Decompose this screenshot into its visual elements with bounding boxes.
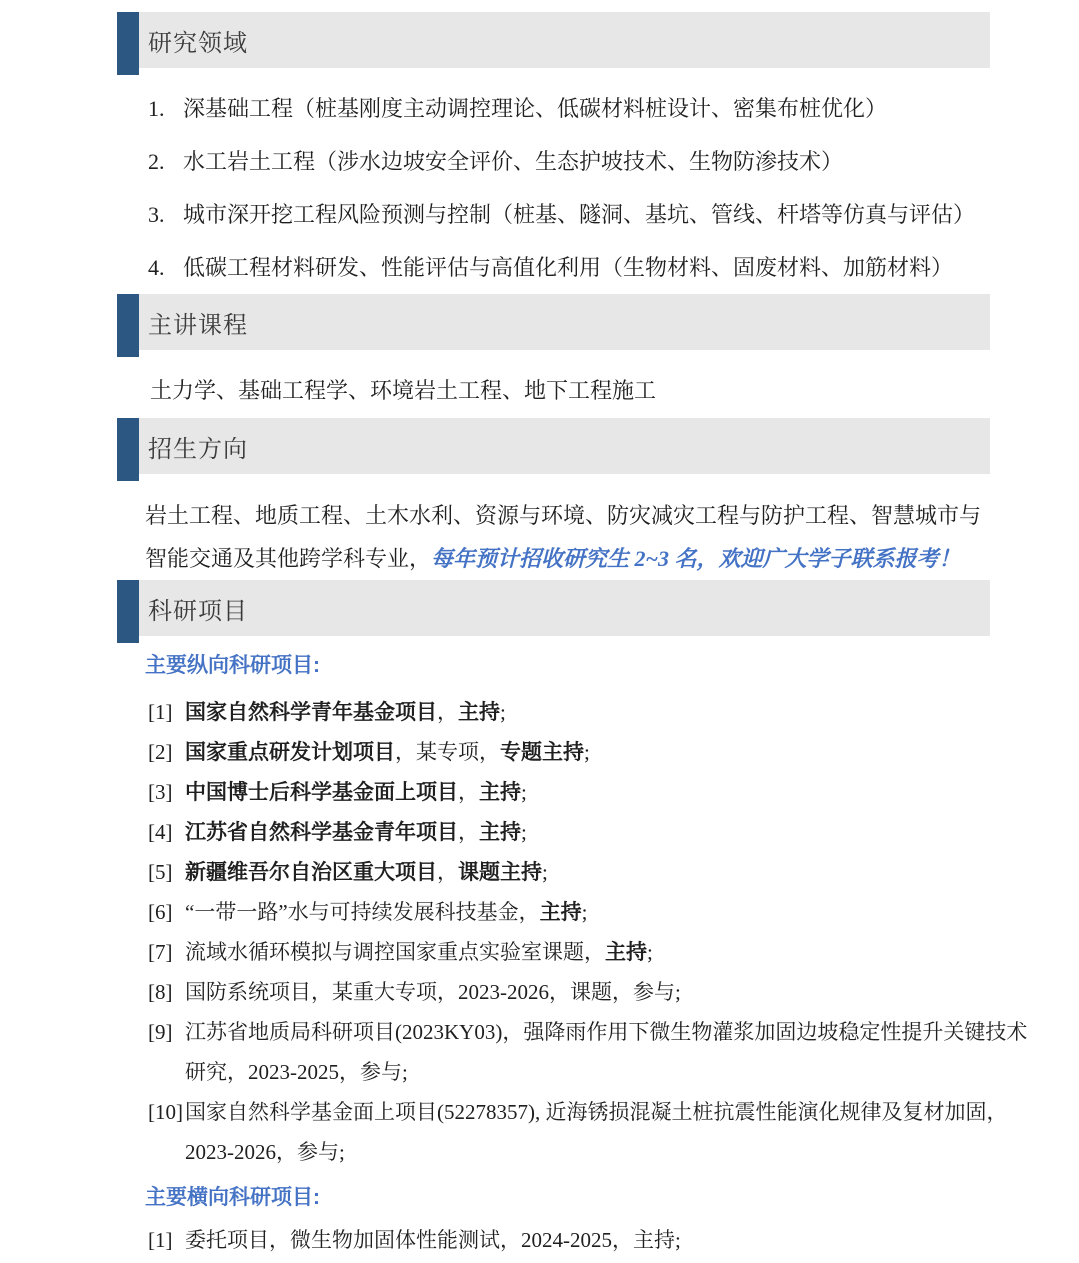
section-projects: 科研项目 主要纵向科研项目: [1]国家自然科学青年基金项目，主持;[2]国家重… [117, 580, 1079, 1260]
list-item-text: 水工岩土工程（涉水边坡安全评价、生态护坡技术、生物防渗技术） [183, 147, 843, 176]
list-item: [4]江苏省自然科学基金青年项目，主持; [148, 812, 1032, 852]
text-segment: ，某专项， [395, 740, 500, 764]
section-courses: 主讲课程 土力学、基础工程学、环境岩土工程、地下工程施工 [117, 294, 1079, 406]
list-item-number: 3. [148, 200, 183, 229]
section-title-admissions: 招生方向 [148, 429, 248, 464]
admissions-highlight-text: 每年预计招收研究生 2~3 名，欢迎广大学子联系报考！ [431, 546, 961, 571]
text-segment: ; [582, 900, 588, 924]
text-segment: ; [542, 860, 548, 884]
text-segment: ， [458, 780, 479, 804]
section-title-projects: 科研项目 [148, 591, 248, 626]
list-item: 2.水工岩土工程（涉水边坡安全评价、生态护坡技术、生物防渗技术） [148, 147, 1048, 176]
list-item: [7]流域水循环模拟与调控国家重点实验室课题，主持; [148, 932, 1032, 972]
section-research-areas: 研究领域 1.深基础工程（桩基刚度主动调控理论、低碳材料桩设计、密集布桩优化）2… [117, 12, 1079, 282]
list-item-text: 江苏省自然科学基金青年项目，主持; [185, 812, 1032, 852]
text-segment: 委托项目，微生物加固体性能测试，2024-2025，主持; [185, 1228, 681, 1252]
text-segment: ; [521, 780, 527, 804]
list-item: [1]国家自然科学青年基金项目，主持; [148, 692, 1032, 732]
list-item-text: 深基础工程（桩基刚度主动调控理论、低碳材料桩设计、密集布桩优化） [183, 94, 887, 123]
text-segment: ; [521, 820, 527, 844]
list-item-text: 流域水循环模拟与调控国家重点实验室课题，主持; [185, 932, 1032, 972]
admissions-text-line1: 岩土工程、地质工程、土木水利、资源与环境、防灾减灾工程与防护工程、智慧城市与 [145, 503, 981, 528]
list-item: [10]国家自然科学基金面上项目(52278357), 近海锈损混凝土桩抗震性能… [148, 1092, 1032, 1172]
list-item-text: 委托项目，微生物加固体性能测试，2024-2025，主持; [185, 1220, 1032, 1260]
text-segment: ， [437, 700, 458, 724]
text-segment-bold: 主持 [479, 820, 521, 844]
list-item-number: [4] [148, 812, 185, 852]
section-marker-icon [117, 12, 139, 75]
list-item: [3]中国博士后科学基金面上项目，主持; [148, 772, 1032, 812]
admissions-text: 岩土工程、地质工程、土木水利、资源与环境、防灾减灾工程与防护工程、智慧城市与智能… [145, 494, 1057, 580]
text-segment: 江苏省地质局科研项目(2023KY03)，强降雨作用下微生物灌浆加固边坡稳定性提… [185, 1020, 1027, 1084]
list-item: 3.城市深开挖工程风险预测与控制（桩基、隧洞、基坑、管线、杆塔等仿真与评估） [148, 200, 1048, 229]
list-item-number: [7] [148, 932, 185, 972]
text-segment-bold: 中国博士后科学基金面上项目 [185, 780, 458, 804]
section-marker-icon [117, 418, 139, 481]
section-header-research-areas: 研究领域 [117, 12, 990, 68]
list-item: [6]“一带一路”水与可持续发展科技基金，主持; [148, 892, 1032, 932]
section-header-projects: 科研项目 [117, 580, 990, 636]
text-segment: 国家自然科学基金面上项目(52278357), 近海锈损混凝土桩抗震性能演化规律… [185, 1100, 1007, 1164]
text-segment-bold: 专题主持 [500, 740, 584, 764]
list-item-number: [9] [148, 1012, 185, 1092]
list-item: 4.低碳工程材料研发、性能评估与高值化利用（生物材料、固废材料、加筋材料） [148, 253, 1048, 282]
text-segment-bold: 主持 [479, 780, 521, 804]
page: 研究领域 1.深基础工程（桩基刚度主动调控理论、低碳材料桩设计、密集布桩优化）2… [0, 0, 1079, 1263]
list-item-text: 低碳工程材料研发、性能评估与高值化利用（生物材料、固废材料、加筋材料） [183, 253, 953, 282]
text-segment: ; [584, 740, 590, 764]
text-segment-bold: 课题主持 [458, 860, 542, 884]
horizontal-projects-subtitle: 主要横向科研项目: [145, 1184, 1079, 1212]
list-item-text: 国家重点研发计划项目，某专项，专题主持; [185, 732, 1032, 772]
research-areas-list: 1.深基础工程（桩基刚度主动调控理论、低碳材料桩设计、密集布桩优化）2.水工岩土… [148, 94, 1048, 282]
list-item-text: “一带一路”水与可持续发展科技基金，主持; [185, 892, 1032, 932]
text-segment: 国防系统项目，某重大专项，2023-2026，课题，参与; [185, 980, 681, 1004]
list-item-number: [2] [148, 732, 185, 772]
list-item-number: 2. [148, 147, 183, 176]
text-segment-bold: 国家自然科学青年基金项目 [185, 700, 437, 724]
list-item-number: [8] [148, 972, 185, 1012]
text-segment-bold: 江苏省自然科学基金青年项目 [185, 820, 458, 844]
list-item: [5]新疆维吾尔自治区重大项目，课题主持; [148, 852, 1032, 892]
list-item-number: [1] [148, 692, 185, 732]
text-segment-bold: 主持 [605, 940, 647, 964]
text-segment: ， [437, 860, 458, 884]
section-admissions: 招生方向 岩土工程、地质工程、土木水利、资源与环境、防灾减灾工程与防护工程、智慧… [117, 418, 1079, 580]
list-item: [9]江苏省地质局科研项目(2023KY03)，强降雨作用下微生物灌浆加固边坡稳… [148, 1012, 1032, 1092]
list-item-text: 江苏省地质局科研项目(2023KY03)，强降雨作用下微生物灌浆加固边坡稳定性提… [185, 1012, 1032, 1092]
list-item: 1.深基础工程（桩基刚度主动调控理论、低碳材料桩设计、密集布桩优化） [148, 94, 1048, 123]
list-item-number: 4. [148, 253, 183, 282]
admissions-text-line2: 智能交通及其他跨学科专业， [145, 546, 431, 571]
text-segment: ， [458, 820, 479, 844]
text-segment-bold: 国家重点研发计划项目 [185, 740, 395, 764]
list-item-number: [5] [148, 852, 185, 892]
list-item: [1]委托项目，微生物加固体性能测试，2024-2025，主持; [148, 1220, 1032, 1260]
list-item-text: 国防系统项目，某重大专项，2023-2026，课题，参与; [185, 972, 1032, 1012]
section-marker-icon [117, 294, 139, 357]
list-item-number: [10] [148, 1092, 185, 1172]
list-item: [8]国防系统项目，某重大专项，2023-2026，课题，参与; [148, 972, 1032, 1012]
section-marker-icon [117, 580, 139, 643]
list-item-text: 城市深开挖工程风险预测与控制（桩基、隧洞、基坑、管线、杆塔等仿真与评估） [183, 200, 975, 229]
horizontal-projects-list: [1]委托项目，微生物加固体性能测试，2024-2025，主持; [148, 1220, 1032, 1260]
text-segment-bold: 主持 [540, 900, 582, 924]
list-item-text: 中国博士后科学基金面上项目，主持; [185, 772, 1032, 812]
list-item-number: [3] [148, 772, 185, 812]
text-segment: ; [647, 940, 653, 964]
text-segment: ; [500, 700, 506, 724]
section-header-admissions: 招生方向 [117, 418, 990, 474]
list-item-text: 国家自然科学基金面上项目(52278357), 近海锈损混凝土桩抗震性能演化规律… [185, 1092, 1032, 1172]
courses-text: 土力学、基础工程学、环境岩土工程、地下工程施工 [150, 376, 1040, 406]
list-item-number: [6] [148, 892, 185, 932]
section-title-research-areas: 研究领域 [148, 23, 248, 58]
text-segment-bold: 主持 [458, 700, 500, 724]
text-segment-bold: 新疆维吾尔自治区重大项目 [185, 860, 437, 884]
list-item: [2]国家重点研发计划项目，某专项，专题主持; [148, 732, 1032, 772]
list-item-number: 1. [148, 94, 183, 123]
list-item-text: 国家自然科学青年基金项目，主持; [185, 692, 1032, 732]
section-title-courses: 主讲课程 [148, 305, 248, 340]
section-header-courses: 主讲课程 [117, 294, 990, 350]
vertical-projects-subtitle: 主要纵向科研项目: [145, 652, 1079, 680]
vertical-projects-list: [1]国家自然科学青年基金项目，主持;[2]国家重点研发计划项目，某专项，专题主… [148, 692, 1032, 1172]
text-segment: “一带一路”水与可持续发展科技基金， [185, 900, 540, 924]
list-item-text: 新疆维吾尔自治区重大项目，课题主持; [185, 852, 1032, 892]
list-item-number: [1] [148, 1220, 185, 1260]
text-segment: 流域水循环模拟与调控国家重点实验室课题， [185, 940, 605, 964]
